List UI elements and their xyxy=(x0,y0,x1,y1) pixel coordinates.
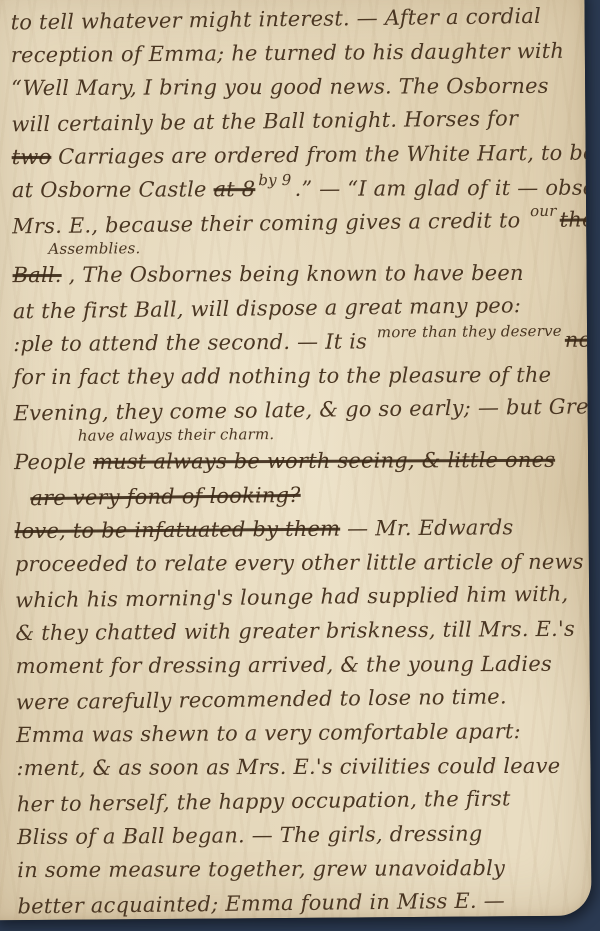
manuscript-line: moment for dressing arrived, & the young… xyxy=(16,647,590,684)
struck-text: two xyxy=(12,145,52,169)
handwritten-text: People xyxy=(14,450,93,474)
handwritten-text: reception of Emma; he turned to his daug… xyxy=(11,39,564,67)
manuscript-line: People must always be worth seeing, & li… xyxy=(14,443,588,480)
manuscript-line: for in fact they add nothing to the plea… xyxy=(13,358,587,395)
manuscript-line: reception of Emma; he turned to his daug… xyxy=(11,34,585,73)
inserted-text: by 9 xyxy=(255,175,294,185)
handwritten-text: in some measure together, grew unavoidab… xyxy=(17,856,505,882)
manuscript-line: in some measure together, grew unavoidab… xyxy=(17,851,591,888)
manuscript-line: two Carriages are ordered from the White… xyxy=(12,136,586,175)
struck-text: at 8 xyxy=(213,177,255,201)
handwritten-text: Bliss of a Ball began. — The girls, dres… xyxy=(17,821,483,849)
handwritten-text: proceeded to relate every other little a… xyxy=(15,550,584,576)
handwritten-text: better acquainted; Emma found in Miss E.… xyxy=(17,888,505,918)
manuscript-line: were carefully recommended to lose no ti… xyxy=(16,678,590,719)
struck-text: love, to be infatuated by them xyxy=(15,517,341,544)
inserted-text: more than they deserve xyxy=(374,326,565,337)
struck-text: are very fond of looking? xyxy=(30,483,301,510)
manuscript-line: which his morning's lounge had supplied … xyxy=(15,576,589,617)
manuscript-line: her to herself, the happy occupation, th… xyxy=(17,780,591,821)
handwritten-text: her to herself, the happy occupation, th… xyxy=(17,786,511,816)
handwritten-text: were carefully recommended to lose no ti… xyxy=(16,684,507,714)
inserted-text: our xyxy=(527,206,560,216)
handwritten-text: & they chatted with greater briskness, t… xyxy=(15,617,575,645)
handwritten-text: will certainly be at the Ball tonight. H… xyxy=(11,106,518,136)
manuscript-line: Emma was shewn to a very comfortable apa… xyxy=(16,714,590,753)
handwritten-text: “Well Mary, I bring you good news. The O… xyxy=(11,74,549,100)
handwritten-text: for in fact they add nothing to the plea… xyxy=(13,363,551,389)
manuscript-line: proceeded to relate every other little a… xyxy=(15,545,589,582)
manuscript-line: Mrs. E., because their coming gives a cr… xyxy=(12,202,586,243)
manuscript-text: to tell whatever might interest. — After… xyxy=(0,0,592,920)
handwritten-text: :ple to attend the second. — It is xyxy=(13,329,374,356)
handwritten-text: to tell whatever might interest. — After… xyxy=(10,4,541,34)
manuscript-line: “Well Mary, I bring you good news. The O… xyxy=(11,69,585,106)
handwritten-text: moment for dressing arrived, & the young… xyxy=(16,652,552,678)
handwritten-text: Emma was shewn to a very comfortable apa… xyxy=(16,719,521,747)
handwritten-text: which his morning's lounge had supplied … xyxy=(15,582,568,613)
struck-text: must always be worth seeing, & little on… xyxy=(93,448,555,474)
manuscript-line: :ple to attend the second. — It is more … xyxy=(13,323,587,362)
handwritten-text: Mrs. E., because their coming gives a cr… xyxy=(12,208,527,238)
manuscript-line: at Osborne Castle at 8by 9.” — “I am gla… xyxy=(12,171,586,208)
struck-text: Ball. xyxy=(13,263,62,287)
manuscript-line: Evening, they come so late, & go so earl… xyxy=(13,389,587,430)
handwritten-text: at Osborne Castle xyxy=(12,177,214,202)
handwritten-text: Evening, they come so late, & go so earl… xyxy=(14,394,592,425)
manuscript-line: will certainly be at the Ball tonight. H… xyxy=(11,100,585,141)
struck-text: not very reasonable xyxy=(565,326,592,352)
manuscript-line: better acquainted; Emma found in Miss E.… xyxy=(17,882,591,920)
manuscript-line: Ball. , The Osbornes being known to have… xyxy=(13,256,587,293)
manuscript-line: are very fond of looking? xyxy=(14,474,588,515)
manuscript-line: Bliss of a Ball began. — The girls, dres… xyxy=(17,816,591,855)
handwritten-text: :ment, & as soon as Mrs. E.'s civilities… xyxy=(16,754,560,780)
handwritten-text: at the first Ball, will dispose a great … xyxy=(13,293,521,323)
manuscript-line: :ment, & as soon as Mrs. E.'s civilities… xyxy=(16,749,590,786)
handwritten-text: — Mr. Edwards xyxy=(340,515,513,540)
manuscript-line: & they chatted with greater briskness, t… xyxy=(15,612,589,651)
handwritten-text: Carriages are ordered from the White Har… xyxy=(51,141,591,169)
handwritten-text: .” — “I am glad of it — observed xyxy=(294,175,591,201)
handwritten-text: , The Osbornes being known to have been xyxy=(62,261,524,287)
manuscript-line: love, to be infatuated by them — Mr. Edw… xyxy=(14,510,588,549)
struck-text: the xyxy=(560,207,592,231)
manuscript-page: t to tell whatever might interest. — Aft… xyxy=(0,0,592,920)
